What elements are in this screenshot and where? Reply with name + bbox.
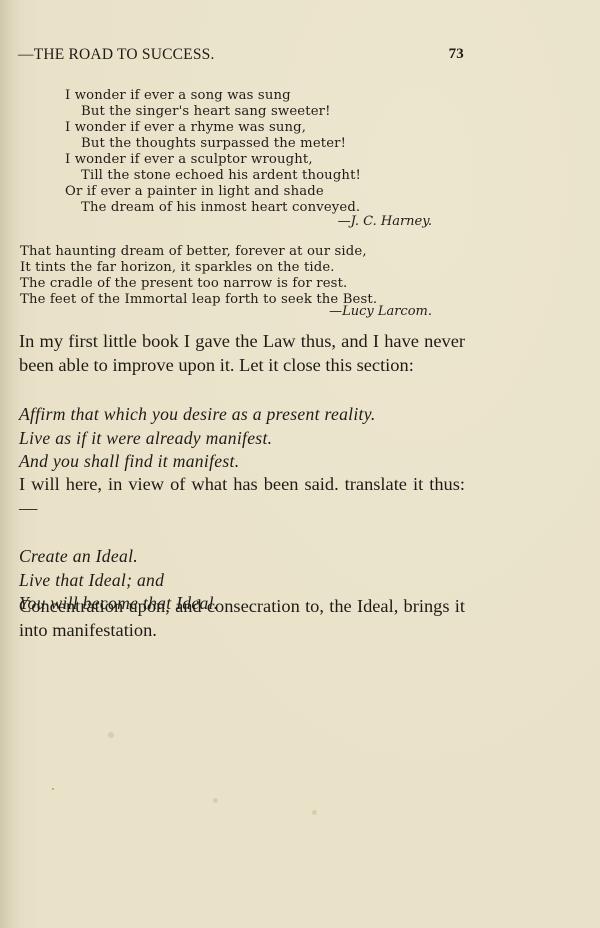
poem-attribution-larcom: —Lucy Larcom. [240,304,432,319]
law-line: Create an Ideal. [19,545,465,569]
poem-line: But the singer's heart sang sweeter! [65,104,465,120]
paragraph-text: Concentration upon, and consecration to,… [19,595,465,642]
running-title: —THE ROAD TO SUCCESS. [18,46,215,64]
poem-line: That haunting dream of better, forever a… [20,244,440,260]
paragraph-text: In my first little book I gave the Law t… [19,330,465,377]
poem-larcom: That haunting dream of better, forever a… [20,244,440,308]
body-paragraph-2: I will here, in view of what has been sa… [19,473,465,520]
poem-line: But the thoughts surpassed the meter! [65,136,465,152]
poem-line: The cradle of the present too narrow is … [20,276,440,292]
body-paragraph-1: In my first little book I gave the Law t… [19,330,465,377]
paper-speck [312,810,317,815]
law-line: Live that Ideal; and [19,569,465,593]
paper-speck [213,798,218,803]
poem-line: I wonder if ever a sculptor wrought, [65,152,465,168]
poem-line: I wonder if ever a rhyme was sung, [65,120,465,136]
poem-line: Or if ever a painter in light and shade [65,184,465,200]
poem-line: I wonder if ever a song was sung [65,88,465,104]
poem-harney: I wonder if ever a song was sung But the… [65,88,465,216]
law-line: Affirm that which you desire as a presen… [19,403,465,427]
paragraph-text: I will here, in view of what has been sa… [19,473,465,520]
law-original: Affirm that which you desire as a presen… [19,403,465,474]
poem-line: Till the stone echoed his ardent thought… [65,168,465,184]
paper-speck [52,788,54,790]
law-line: And you shall find it manifest. [19,450,465,474]
body-paragraph-3: Concentration upon, and consecration to,… [19,595,465,642]
law-line: Live as if it were already manifest. [19,427,465,451]
poem-line: It tints the far horizon, it sparkles on… [20,260,440,276]
paper-speck [108,732,114,738]
poem-attribution-harney: —J. C. Harney. [240,214,432,229]
page-number: 73 [449,46,464,64]
running-header: —THE ROAD TO SUCCESS. 73 [18,46,464,64]
book-page: —THE ROAD TO SUCCESS. 73 I wonder if eve… [0,0,600,928]
